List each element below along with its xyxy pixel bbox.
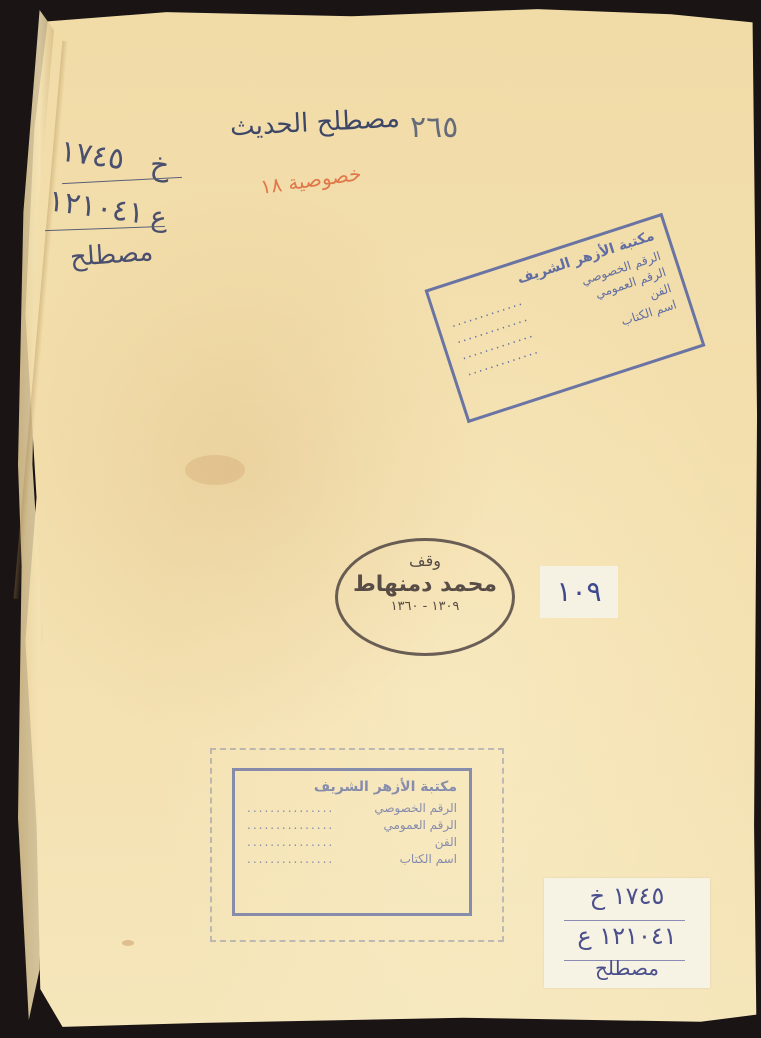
divider bbox=[564, 920, 685, 921]
label-subject: مصطلح bbox=[544, 956, 710, 980]
stamp-row: اسم الكتاب............... bbox=[247, 851, 457, 868]
stamp-row-dots: ............... bbox=[247, 851, 334, 868]
stamp-row-label: الفن bbox=[435, 834, 457, 851]
stain bbox=[122, 940, 134, 946]
seal-waqf: وقف bbox=[338, 551, 512, 570]
label-general-number: ١٢١٠٤١ ع bbox=[544, 922, 710, 950]
ownership-seal: وقف محمد دمنهاط ١٣٠٩ - ١٣٦٠ bbox=[335, 538, 515, 656]
stamp-row-label: الرقم العمومي bbox=[384, 817, 458, 834]
stamp-row-label: الرقم الخصوصي bbox=[374, 800, 457, 817]
handwritten-number: ٢٦٥ bbox=[410, 110, 458, 145]
seal-dates: ١٣٠٩ - ١٣٦٠ bbox=[338, 599, 512, 614]
seal-name: محمد دمنهاط bbox=[338, 572, 512, 597]
stain bbox=[185, 455, 245, 485]
shelfmark-label: ١٧٤٥ خ ١٢١٠٤١ ع مصطلح bbox=[544, 878, 710, 988]
stamp-row-dots: ............... bbox=[247, 817, 334, 834]
number-label: ١٠٩ bbox=[540, 566, 618, 618]
label-special-number: ١٧٤٥ خ bbox=[544, 882, 710, 910]
stamp-row: الرقم الخصوصي............... bbox=[247, 800, 457, 817]
stamp-title: مكتبة الأزهر الشريف bbox=[247, 779, 457, 796]
stamp-row-label: اسم الكتاب bbox=[400, 851, 457, 868]
stamp-row-dots: ............... bbox=[247, 800, 334, 817]
stamp-row: الفن............... bbox=[247, 834, 457, 851]
shelfmark-general-mark: ع bbox=[150, 200, 167, 233]
stamp-row: الرقم العمومي............... bbox=[247, 817, 457, 834]
stamp-row-dots: ............... bbox=[247, 834, 334, 851]
library-stamp-bottom: مكتبة الأزهر الشريف الرقم الخصوصي.......… bbox=[232, 768, 472, 916]
shelfmark-subject: مصطلح bbox=[69, 237, 154, 273]
